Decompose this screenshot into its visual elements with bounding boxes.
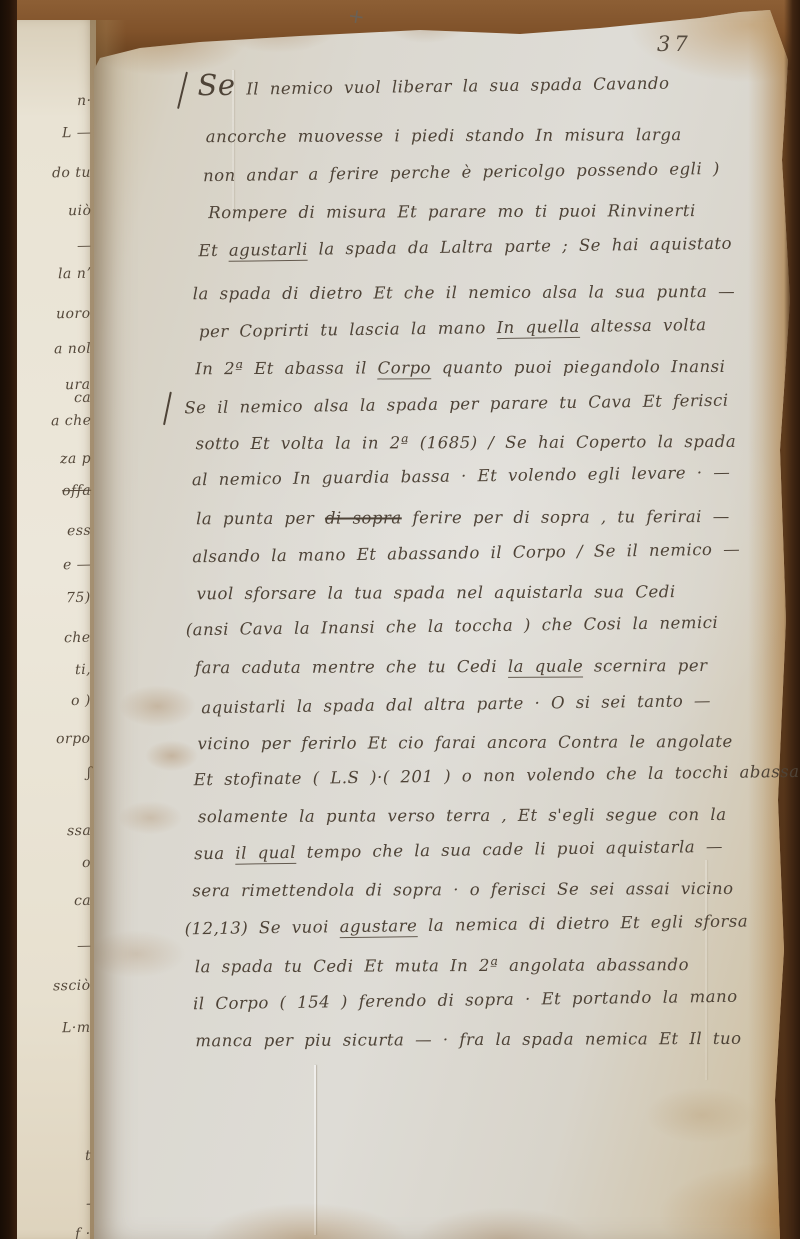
- underlined-word: agustarli: [229, 240, 308, 262]
- manuscript-line: non andar a ferire perche è pericolgo po…: [203, 159, 720, 185]
- manuscript-line: Et stofinate ( L.S )·( 201 ) o non volen…: [194, 762, 800, 789]
- text-segment: la spada da Laltra parte ; Se hai aquist…: [308, 234, 732, 259]
- text-segment: sotto Et volta la in 2ª (1685) / Se hai …: [196, 432, 737, 453]
- manuscript-line: al nemico In guardia bassa · Et volendo …: [192, 463, 731, 490]
- text-segment: In 2ª Et abassa il: [195, 358, 378, 378]
- text-segment: alsando la mano Et abassando il Corpo / …: [192, 540, 740, 567]
- text-segment: vicino per ferirlo Et cio farai ancora C…: [197, 732, 732, 753]
- text-segment: non andar a ferire perche è pericolgo po…: [203, 159, 720, 185]
- manuscript-line: sera rimettendola di sopra · o ferisci S…: [192, 879, 733, 900]
- text-segment: al nemico In guardia bassa · Et volendo …: [192, 463, 731, 490]
- manuscript-line: la spada tu Cedi Et muta In 2ª angolata …: [195, 955, 689, 976]
- underlined-word: la quale: [508, 657, 584, 678]
- text-segment: Et stofinate ( L.S )·( 201 ) o non volen…: [194, 762, 800, 789]
- manuscript-line: (ansi Cava la Inansi che la toccha ) che…: [186, 613, 719, 639]
- manuscript-line: ancorche muovesse i piedi stando In misu…: [206, 125, 682, 146]
- text-segment: fara caduta mentre che tu Cedi: [195, 657, 508, 677]
- text-segment: la punta per: [196, 509, 325, 529]
- text-segment: la spada tu Cedi Et muta In 2ª angolata …: [195, 955, 689, 976]
- text-segment: manca per piu sicurta — · fra la spada n…: [195, 1029, 741, 1050]
- text-segment: la spada di dietro Et che il nemico alsa…: [193, 282, 735, 303]
- manuscript-photo: n·L —do tuuiò—la nʼuoroa noluracaa cheza…: [0, 0, 800, 1239]
- text-segment: quanto puoi piegandolo Inansi: [431, 357, 725, 377]
- text-segment: il Corpo ( 154 ) ferendo di sopra · Et p…: [193, 987, 738, 1014]
- text-segment: solamente la punta verso terra , Et s'eg…: [198, 805, 727, 826]
- manuscript-line: aquistarli la spada dal altra parte · O …: [201, 691, 711, 717]
- manuscript-line: manca per piu sicurta — · fra la spada n…: [195, 1029, 741, 1050]
- manuscript-line: sua il qual tempo che la sua cade li puo…: [194, 837, 723, 863]
- manuscript-line: vuol sforsare la tua spada nel aquistarl…: [197, 582, 676, 603]
- manuscript-line: Et agustarli la spada da Laltra parte ; …: [198, 234, 732, 260]
- underlined-word: Corpo: [378, 358, 432, 379]
- manuscript-line: alsando la mano Et abassando il Corpo / …: [192, 540, 740, 567]
- text-segment: aquistarli la spada dal altra parte · O …: [201, 691, 711, 717]
- manuscript-line: Se il nemico alsa la spada per parare tu…: [184, 391, 728, 418]
- text-segment: Il nemico vuol liberar la sua spada Cava…: [235, 74, 669, 99]
- text-segment: la nemica di dietro Et egli sforsa: [417, 911, 748, 935]
- text-segment: sera rimettendola di sopra · o ferisci S…: [192, 879, 733, 900]
- text-segment: scernira per: [583, 656, 707, 676]
- text-segment: ancorche muovesse i piedi stando In misu…: [206, 125, 682, 146]
- manuscript-line: il Corpo ( 154 ) ferendo di sopra · Et p…: [193, 987, 738, 1014]
- text-segment: Se: [197, 68, 236, 103]
- manuscript-line: vicino per ferirlo Et cio farai ancora C…: [197, 732, 732, 753]
- text-segment: Et: [198, 241, 229, 260]
- manuscript-line: Rompere di misura Et parare mo ti puoi R…: [208, 201, 696, 222]
- underlined-word: il qual: [235, 843, 296, 865]
- manuscript-line: Se Il nemico vuol liberar la sua spada C…: [197, 71, 669, 100]
- manuscript-line: In 2ª Et abassa il Corpo quanto puoi pie…: [195, 357, 725, 378]
- text-segment: (12,13) Se vuoi: [184, 917, 339, 938]
- manuscript-line: per Coprirti tu lascia la mano In quella…: [199, 315, 707, 341]
- manuscript-line: la spada di dietro Et che il nemico alsa…: [193, 282, 735, 303]
- text-segment: sua: [194, 844, 235, 864]
- text-segment: per Coprirti tu lascia la mano: [199, 318, 497, 341]
- text-segment: tempo che la sua cade li puoi aquistarla…: [296, 837, 723, 862]
- text-segment: vuol sforsare la tua spada nel aquistarl…: [197, 582, 676, 603]
- text-segment: Rompere di misura Et parare mo ti puoi R…: [208, 201, 696, 222]
- struck-word: di sopra: [325, 508, 402, 527]
- manuscript-line: sotto Et volta la in 2ª (1685) / Se hai …: [196, 432, 737, 453]
- manuscript-line: (12,13) Se vuoi agustare la nemica di di…: [184, 911, 748, 938]
- text-segment: altessa volta: [580, 315, 707, 336]
- text-segment: (ansi Cava la Inansi che la toccha ) che…: [186, 613, 719, 639]
- manuscript-line: la punta per di sopra ferire per di sopr…: [196, 507, 730, 528]
- manuscript-line: fara caduta mentre che tu Cedi la quale …: [195, 656, 708, 677]
- handwritten-text-block: Se Il nemico vuol liberar la sua spada C…: [0, 0, 800, 1239]
- text-segment: Se il nemico alsa la spada per parare tu…: [184, 391, 728, 418]
- underlined-word: In quella: [496, 317, 580, 339]
- underlined-word: agustare: [340, 916, 418, 938]
- text-segment: ferire per di sopra , tu ferirai —: [402, 507, 730, 527]
- manuscript-line: solamente la punta verso terra , Et s'eg…: [198, 805, 727, 826]
- paragraph-slash-mark: [163, 392, 172, 426]
- paragraph-slash-mark: [177, 72, 188, 109]
